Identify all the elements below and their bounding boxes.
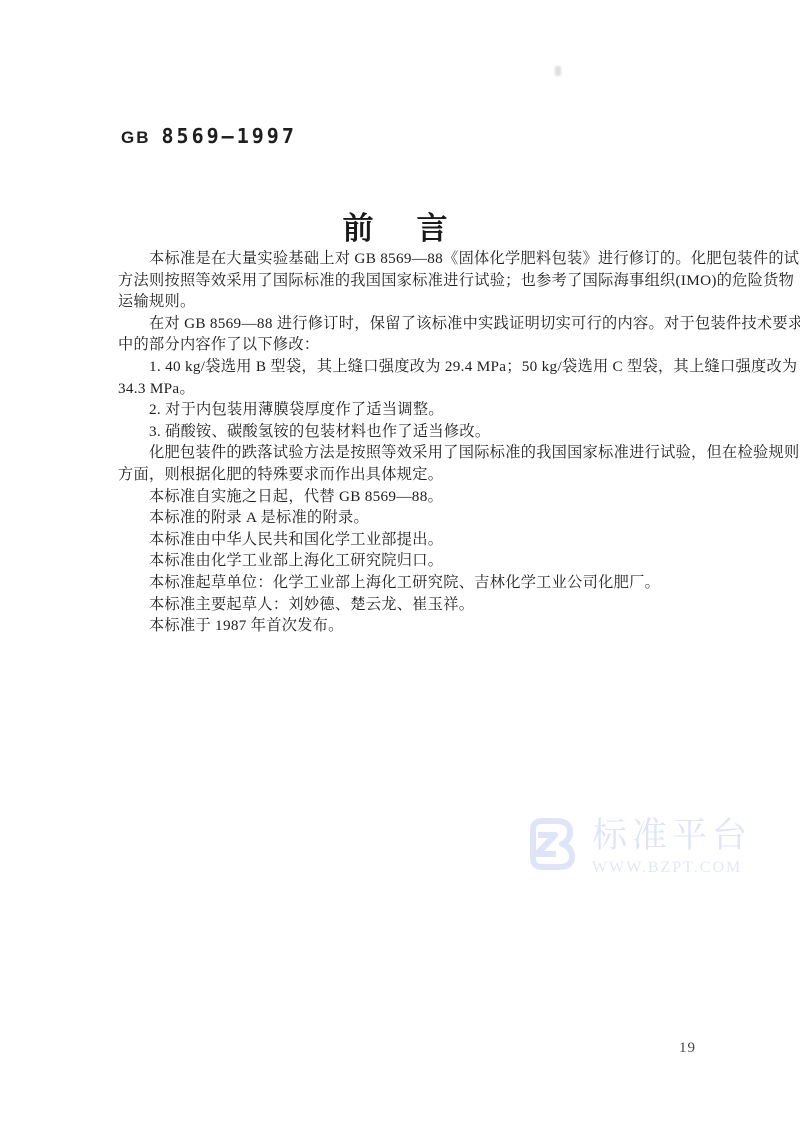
text-line: 本标准主要起草人：刘妙德、楚云龙、崔玉祥。 [118,594,758,616]
watermark-text: 标准平台 WWW.BZPT.COM [592,813,752,877]
text-line: 在对 GB 8569—88 进行修订时，保留了该标准中实践证明切实可行的内容。对… [118,313,758,335]
page-number: 19 [679,1040,696,1057]
foreword-body: 本标准是在大量实验基础上对 GB 8569—88《固体化学肥料包装》进行修订的。… [118,248,758,637]
text-line: 方法则按照等效采用了国际标准的我国国家标准进行试验；也参考了国际海事组织(IMO… [118,270,758,292]
text-line: 34.3 MPa。 [118,378,758,400]
bzpt-watermark: 标准平台 WWW.BZPT.COM [523,813,752,877]
text-line: 方面，则根据化肥的特殊要求而作出具体规定。 [118,464,758,486]
text-line: 运输规则。 [118,291,758,313]
text-line: 2. 对于内包装用薄膜袋厚度作了适当调整。 [118,399,758,421]
watermark-url: WWW.BZPT.COM [592,859,752,877]
watermark-title: 标准平台 [592,817,752,855]
text-line: 化肥包装件的跌落试验方法是按照等效采用了国际标准的我国国家标准进行试验，但在检验… [118,442,758,464]
text-line: 本标准的附录 A 是标准的附录。 [118,507,758,529]
text-line: 本标准由化学工业部上海化工研究院归口。 [118,550,758,572]
page-title: 前 言 [118,203,678,248]
text-line: 本标准是在大量实验基础上对 GB 8569—88《固体化学肥料包装》进行修订的。… [118,248,758,270]
text-line: 本标准于 1987 年首次发布。 [118,615,758,637]
standard-code-number: 8569—1997 [162,124,297,148]
scanned-document-page: GB 8569—1997 前 言 本标准是在大量实验基础上对 GB 8569—8… [0,0,800,1121]
standard-code: GB 8569—1997 [121,124,297,148]
text-line: 本标准起草单位：化学工业部上海化工研究院、吉林化学工业公司化肥厂。 [118,572,758,594]
text-line: 1. 40 kg/袋选用 B 型袋，其上缝口强度改为 29.4 MPa；50 k… [118,356,758,378]
text-line: 3. 硝酸铵、碳酸氢铵的包装材料也作了适当修改。 [118,421,758,443]
text-line: 本标准由中华人民共和国化学工业部提出。 [118,529,758,551]
text-line: 中的部分内容作了以下修改： [118,334,758,356]
text-line: 本标准自实施之日起，代替 GB 8569—88。 [118,486,758,508]
bzpt-logo-icon [523,813,583,875]
scan-artifact [555,66,561,76]
standard-code-prefix: GB [121,128,151,148]
